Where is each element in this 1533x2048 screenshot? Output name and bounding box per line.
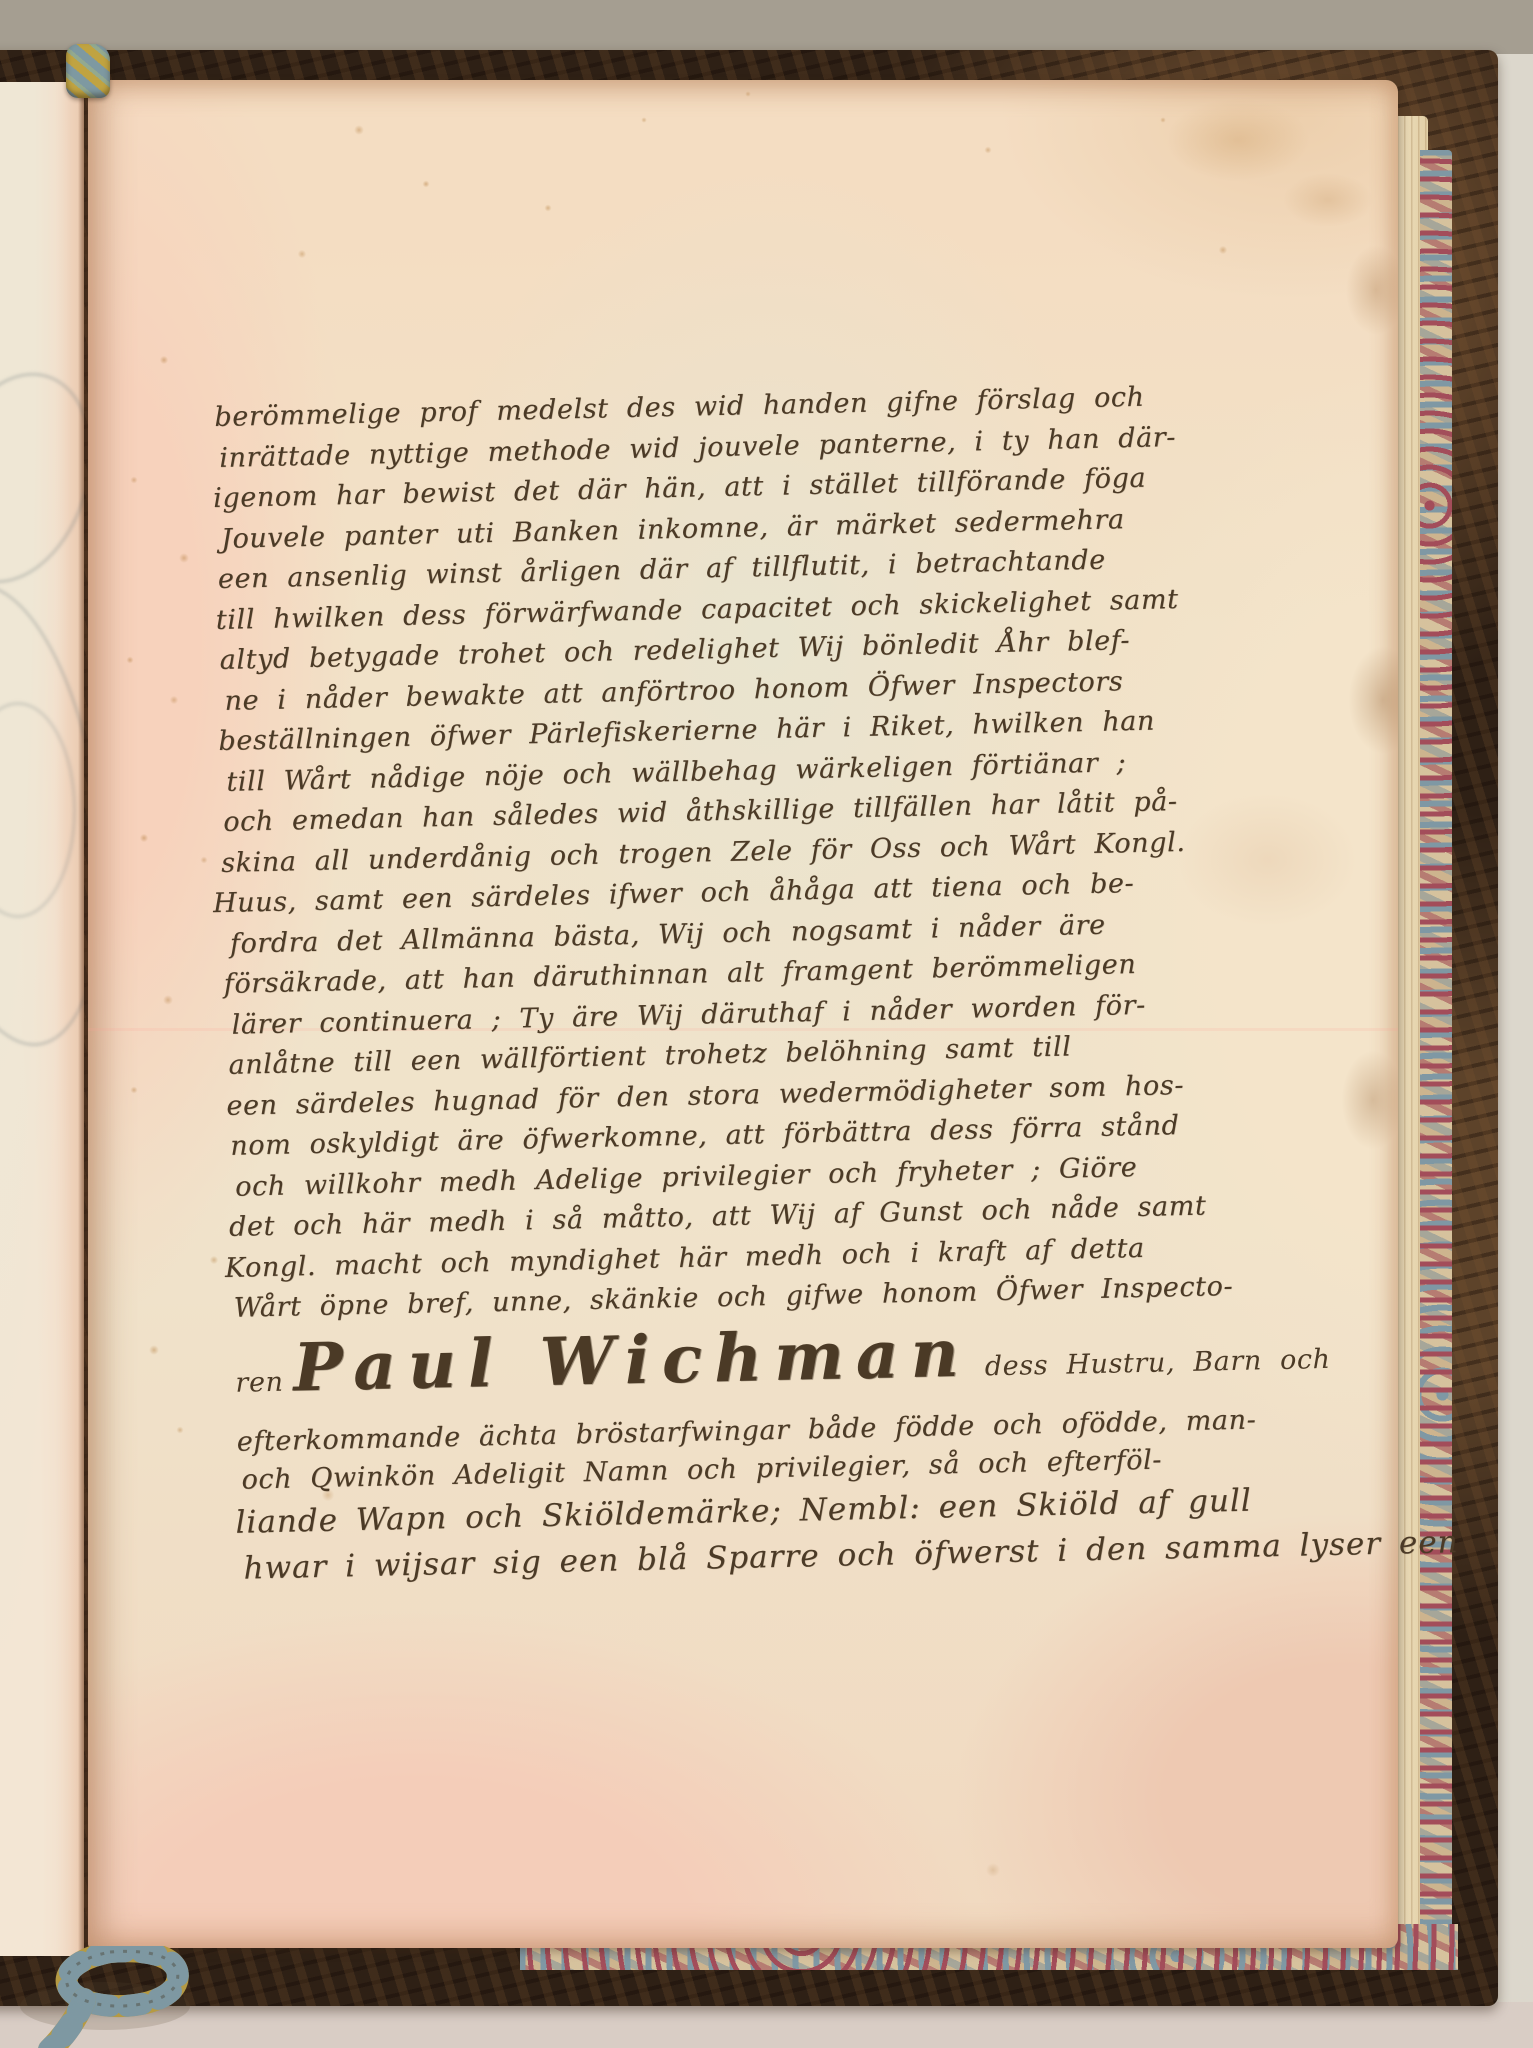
- endband-cord-bottom: [0, 1946, 260, 2048]
- show-through-sketch-circle: [0, 353, 84, 604]
- manuscript-page: berömmelige prof medelst des wid handen …: [88, 80, 1398, 1948]
- name-paul-wichman: Paul Wichman: [292, 1313, 971, 1406]
- name-line-suffix: dess Hustru, Barn och: [985, 1343, 1331, 1382]
- facing-page-sliver: [0, 82, 84, 1956]
- name-line-prefix: ren: [235, 1366, 284, 1398]
- scanned-book-photo: berömmelige prof medelst des wid handen …: [0, 0, 1533, 2048]
- handwritten-text-block: berömmelige prof medelst des wid handen …: [214, 374, 1330, 1591]
- endband-cord-top: [66, 44, 110, 98]
- marbled-endpaper-right: [1420, 150, 1452, 1928]
